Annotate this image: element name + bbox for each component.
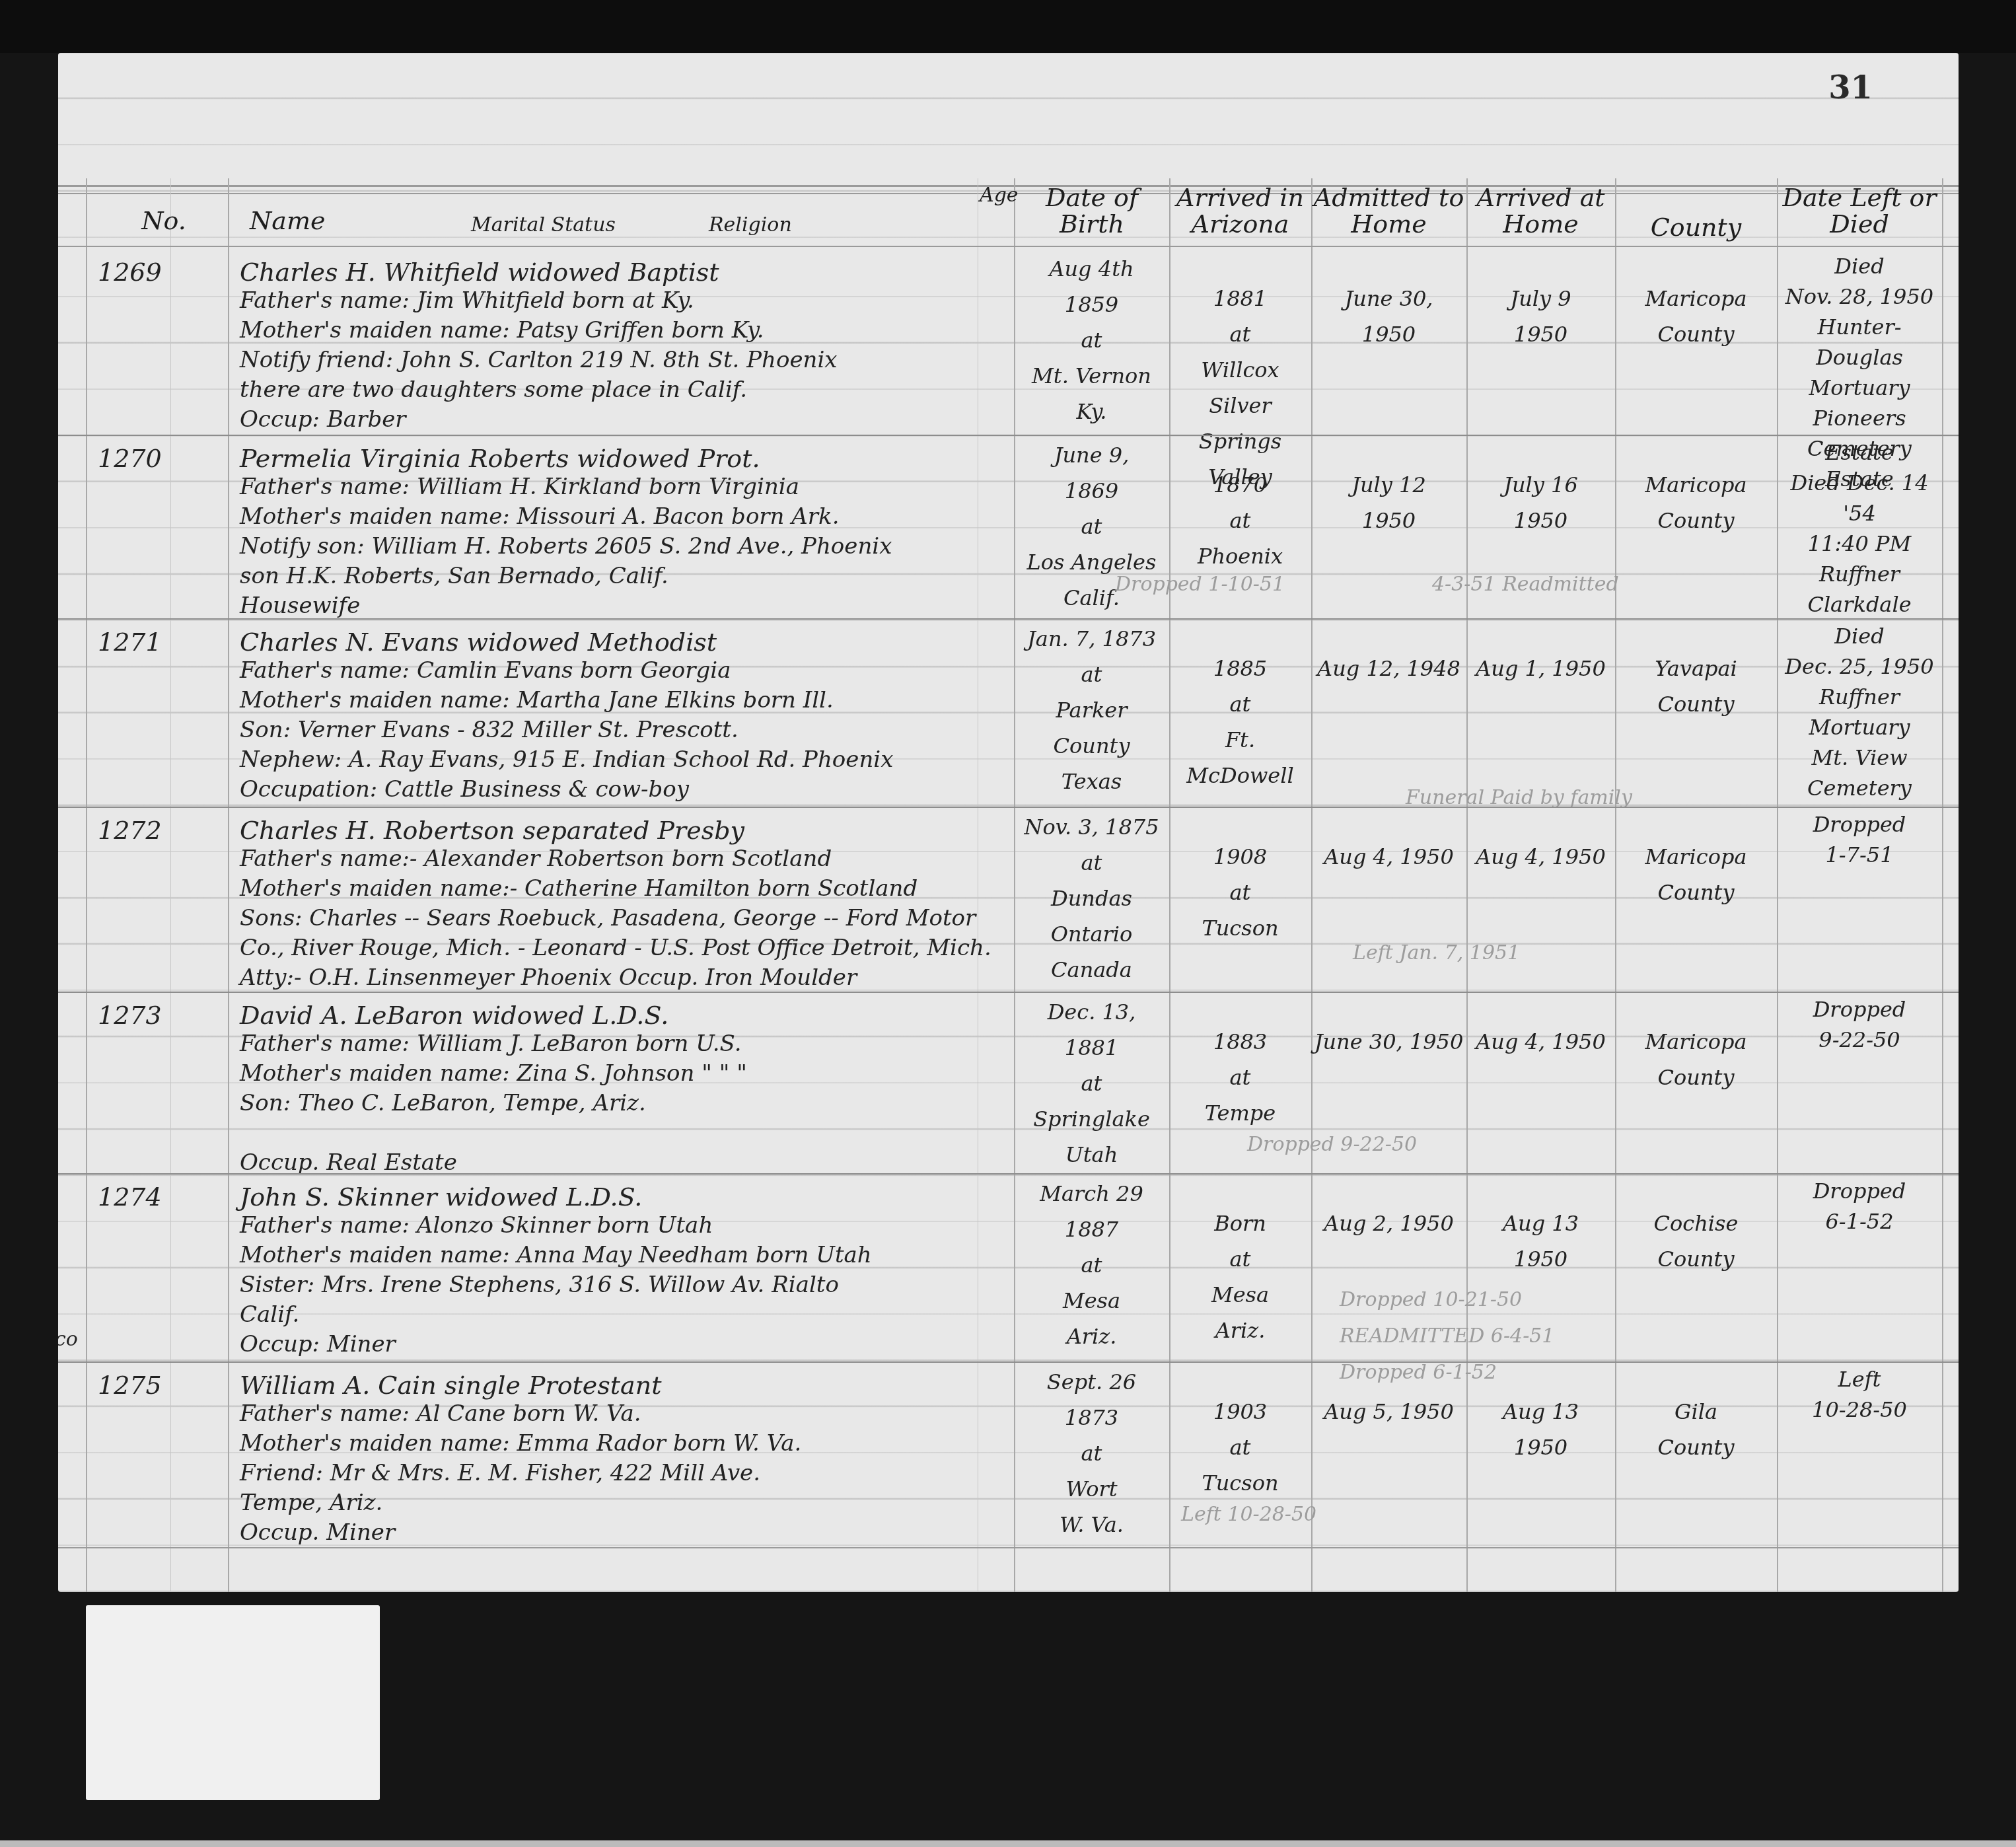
- entry-detail-line: Mother's maiden name: Missouri A. Bacon …: [240, 503, 840, 530]
- entry-name: David A. LeBaron widowed L.D.S.: [240, 1001, 668, 1030]
- date-of-birth-cell: Sept. 26 1873 at Wort W. Va.: [1014, 1364, 1169, 1542]
- entry-detail-line: Son: Verner Evans - 832 Miller St. Presc…: [240, 717, 738, 743]
- entry-detail-line: Occup. Real Estate: [240, 1149, 457, 1176]
- arrived-at-home-cell: Aug 4, 1950: [1466, 839, 1615, 875]
- col-line: [978, 178, 978, 1592]
- county-cell: Maricopa County: [1615, 839, 1777, 910]
- entry-name: Permelia Virginia Roberts widowed Prot.: [240, 444, 760, 473]
- county-cell: Cochise County: [1615, 1206, 1777, 1277]
- entry-number: 1274: [98, 1182, 162, 1212]
- date-left-or-died-cell: Died Dec. 25, 1950 Ruffner Mortuary Mt. …: [1777, 621, 1942, 803]
- header-arrived-in-arizona: Arrived in Arizona: [1169, 185, 1311, 238]
- film-border-top: [0, 0, 2016, 53]
- entry-detail-line: Mother's maiden name: Anna May Needham b…: [240, 1242, 872, 1268]
- pencil-annotation: Left Jan. 7, 1951: [1353, 941, 1520, 964]
- entry-number: 1271: [98, 628, 162, 657]
- entry-detail-line: Occupation: Cattle Business & cow-boy: [240, 776, 689, 803]
- entry-separator: [58, 618, 1959, 620]
- header-religion: Religion: [709, 215, 792, 236]
- arrived-in-arizona-cell: 1885 at Ft. McDowell: [1169, 651, 1311, 793]
- entry-detail-line: Tempe, Ariz.: [240, 1490, 382, 1516]
- pencil-annotation: Dropped 10-21-50: [1340, 1288, 1522, 1311]
- entry-detail-line: Father's name:- Alexander Robertson born…: [240, 846, 832, 872]
- entry-detail-line: Atty:- O.H. Linsenmeyer Phoenix Occup. I…: [240, 964, 857, 991]
- date-left-or-died-cell: Left 10-28-50: [1777, 1364, 1942, 1425]
- county-cell: Maricopa County: [1615, 1024, 1777, 1095]
- entry-number: 1270: [98, 444, 162, 473]
- entry-detail-line: son H.K. Roberts, San Bernado, Calif.: [240, 563, 668, 589]
- entry-detail-line: Housewife: [240, 593, 360, 619]
- header-county: County: [1615, 215, 1777, 241]
- pencil-annotation: Dropped 9-22-50: [1247, 1133, 1417, 1156]
- col-line: [228, 178, 229, 1592]
- entry-detail-line: Mother's maiden name:- Catherine Hamilto…: [240, 875, 918, 902]
- arrived-in-arizona-cell: 1903 at Tucson: [1169, 1394, 1311, 1501]
- admitted-to-home-cell: June 30, 1950: [1311, 281, 1466, 352]
- entry-detail-line: Occup: Barber: [240, 406, 406, 433]
- admitted-to-home-cell: Aug 4, 1950: [1311, 839, 1466, 875]
- header-rule: [58, 246, 1959, 247]
- date-of-birth-cell: Nov. 3, 1875 at Dundas Ontario Canada: [1014, 809, 1169, 988]
- entry-number: 1273: [98, 1001, 162, 1030]
- page-number: 31: [1828, 69, 1873, 106]
- entry-detail-line: Father's name: William J. LeBaron born U…: [240, 1031, 741, 1057]
- arrived-at-home-cell: Aug 4, 1950: [1466, 1024, 1615, 1060]
- county-cell: Maricopa County: [1615, 467, 1777, 538]
- county-cell: Gila County: [1615, 1394, 1777, 1465]
- date-of-birth-cell: March 29 1887 at Mesa Ariz.: [1014, 1176, 1169, 1354]
- header-admitted-to-home: Admitted to Home: [1311, 185, 1466, 238]
- entry-detail-line: Mother's maiden name: Emma Rador born W.…: [240, 1430, 801, 1457]
- entry-number: 1272: [98, 816, 162, 845]
- entry-detail-line: Sister: Mrs. Irene Stephens, 316 S. Will…: [240, 1272, 839, 1298]
- entry-detail-line: Sons: Charles -- Sears Roebuck, Pasadena…: [240, 905, 976, 931]
- admitted-to-home-cell: Aug 5, 1950: [1311, 1394, 1466, 1430]
- entry-name: John S. Skinner widowed L.D.S.: [240, 1182, 642, 1212]
- entry-detail-line: Father's name: Al Cane born W. Va.: [240, 1400, 641, 1427]
- entry-detail-line: Friend: Mr & Mrs. E. M. Fisher, 422 Mill…: [240, 1460, 760, 1486]
- film-border-bottom: [0, 1840, 2016, 1847]
- arrived-at-home-cell: Aug 1, 1950: [1466, 651, 1615, 686]
- entry-detail-line: Occup: Miner: [240, 1331, 396, 1358]
- entry-detail-line: there are two daughters some place in Ca…: [240, 377, 747, 403]
- entry-name: William A. Cain single Protestant: [240, 1371, 662, 1400]
- entry-detail-line: Son: Theo C. LeBaron, Tempe, Ariz.: [240, 1090, 646, 1116]
- col-line: [1311, 178, 1313, 1592]
- arrived-in-arizona-cell: 1870 at Phoenix: [1169, 467, 1311, 574]
- admitted-to-home-cell: Aug 2, 1950: [1311, 1206, 1466, 1241]
- date-left-or-died-cell: Dropped 9-22-50: [1777, 994, 1942, 1055]
- date-of-birth-cell: Jan. 7, 1873 at Parker County Texas: [1014, 621, 1169, 799]
- entry-detail-line: Nephew: A. Ray Evans, 915 E. Indian Scho…: [240, 746, 893, 773]
- entry-name: Charles N. Evans widowed Methodist: [240, 628, 717, 657]
- arrived-in-arizona-cell: 1883 at Tempe: [1169, 1024, 1311, 1131]
- bottom-rule: [58, 1547, 1959, 1548]
- arrived-in-arizona-cell: 1881 at Willcox Silver Springs Valley: [1169, 281, 1311, 495]
- entry-detail-line: Calif.: [240, 1301, 299, 1328]
- pencil-annotation: Dropped 1-10-51: [1115, 573, 1285, 596]
- register-page: 31 No. Name Marital Status Religion Age …: [58, 53, 1959, 1592]
- col-line: [86, 178, 87, 1592]
- header-age: Age: [980, 185, 1013, 206]
- header-no: No.: [124, 208, 203, 235]
- entry-detail-line: Occup. Miner: [240, 1519, 395, 1546]
- entry-detail-line: Father's name: William H. Kirkland born …: [240, 474, 799, 500]
- entry-separator: [58, 1361, 1959, 1363]
- header-name: Name: [250, 208, 325, 235]
- entry-separator: [58, 1173, 1959, 1175]
- arrived-at-home-cell: July 16 1950: [1466, 467, 1615, 538]
- admitted-to-home-cell: July 12 1950: [1311, 467, 1466, 538]
- entry-detail-line: Father's name: Jim Whitfield born at Ky.: [240, 287, 694, 314]
- header-arrived-at-home: Arrived at Home: [1466, 185, 1615, 238]
- header-marital-status: Marital Status: [471, 215, 616, 236]
- entry-detail-line: Father's name: Camlin Evans born Georgia: [240, 657, 731, 684]
- entry-separator: [58, 807, 1959, 808]
- entry-detail-line: Notify son: William H. Roberts 2605 S. 2…: [240, 533, 892, 560]
- admitted-to-home-cell: June 30, 1950: [1311, 1024, 1466, 1060]
- entry-detail-line: Father's name: Alonzo Skinner born Utah: [240, 1212, 713, 1239]
- pencil-annotation: READMITTED 6-4-51: [1340, 1324, 1554, 1348]
- entry-separator: [58, 435, 1959, 436]
- entry-separator: [58, 992, 1959, 993]
- header-date-of-birth: Date of Birth: [1016, 185, 1168, 238]
- arrived-at-home-cell: Aug 13 1950: [1466, 1394, 1615, 1465]
- entry-detail-line: Co., River Rouge, Mich. - Leonard - U.S.…: [240, 935, 991, 961]
- county-cell: Maricopa County: [1615, 281, 1777, 352]
- entry-detail-line: Notify friend: John S. Carlton 219 N. 8t…: [240, 347, 838, 373]
- entry-detail-line: Mother's maiden name: Martha Jane Elkins…: [240, 687, 834, 713]
- date-left-or-died-cell: Dropped 6-1-52: [1777, 1176, 1942, 1237]
- arrived-in-arizona-cell: 1908 at Tucson: [1169, 839, 1311, 946]
- arrived-at-home-cell: Aug 13 1950: [1466, 1206, 1615, 1277]
- pencil-annotation: Left 10-28-50: [1181, 1503, 1316, 1526]
- date-left-or-died-cell: Estate Died Dec. 14 '54 11:40 PM Ruffner…: [1777, 437, 1942, 620]
- arrived-in-arizona-cell: Born at Mesa Ariz.: [1169, 1206, 1311, 1348]
- pencil-annotation: Funeral Paid by family: [1406, 786, 1632, 809]
- entry-name: Charles H. Robertson separated Presby: [240, 816, 744, 845]
- col-line: [1942, 178, 1943, 1592]
- entry-detail-line: Mother's maiden name: Patsy Griffen born…: [240, 317, 764, 344]
- entry-number: 1275: [98, 1371, 162, 1400]
- col-line: [170, 178, 171, 1592]
- pencil-annotation: 4-3-51 Readmitted: [1432, 573, 1619, 596]
- pencil-annotation: Dropped 6-1-52: [1340, 1361, 1497, 1384]
- entry-name: Charles H. Whitfield widowed Baptist: [240, 258, 719, 287]
- header-date-left-or-died: Date Left or Died: [1777, 185, 1942, 238]
- date-left-or-died-cell: Dropped 1-7-51: [1777, 809, 1942, 870]
- blank-card: [86, 1605, 380, 1800]
- date-of-birth-cell: Dec. 13, 1881 at Springlake Utah: [1014, 994, 1169, 1173]
- date-of-birth-cell: Aug 4th 1859 at Mt. Vernon Ky.: [1014, 251, 1169, 429]
- entry-number: 1269: [98, 258, 162, 287]
- margin-note: Mexico: [58, 1328, 78, 1351]
- arrived-at-home-cell: July 9 1950: [1466, 281, 1615, 352]
- admitted-to-home-cell: Aug 12, 1948: [1311, 651, 1466, 686]
- entry-detail-line: Mother's maiden name: Zina S. Johnson " …: [240, 1060, 747, 1087]
- county-cell: Yavapai County: [1615, 651, 1777, 722]
